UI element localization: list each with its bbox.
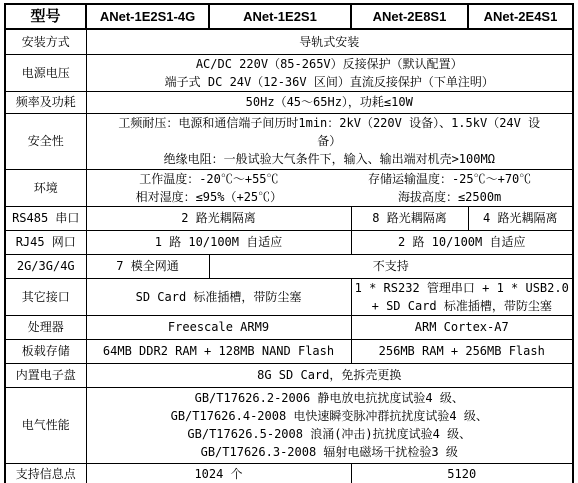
cell-freq-power: 50Hz（45～65Hz），功耗≤10W — [86, 91, 573, 113]
cell-rj45-b: 2 路 10/100M 自适应 — [351, 230, 573, 254]
cell-line: 2 路 10/100M 自适应 — [354, 233, 571, 251]
cell-line: 5120 — [354, 465, 571, 483]
cell-rs485-b: 8 路光耦隔离 — [351, 206, 468, 230]
cell-line: 工频耐压：电源和通信端子间历时1min：2kV（220V 设备）、1.5kV（2… — [89, 114, 571, 132]
cell-line: 1 * RS232 管理串口 + 1 * USB2.0 — [354, 279, 571, 297]
cell-line: GB/T17626.4-2008 电快速瞬变脉冲群抗扰度试验4 级、 — [89, 407, 571, 425]
row-label-processor: 处理器 — [5, 315, 86, 339]
table-row: RS485 串口 2 路光耦隔离 8 路光耦隔离 4 路光耦隔离 — [5, 206, 573, 230]
cell-line: 工作温度：-20℃～+55℃ 存储运输温度：-25℃～+70℃ — [89, 170, 571, 188]
cell-storage-b: 256MB RAM + 256MB Flash — [351, 339, 573, 363]
row-label-freq-power: 频率及功耗 — [5, 91, 86, 113]
table-row: 电气性能 GB/T17626.2-2006 静电放电抗扰度试验4 级、 GB/T… — [5, 387, 573, 463]
row-label-electrical: 电气性能 — [5, 387, 86, 463]
cell-rj45-a: 1 路 10/100M 自适应 — [86, 230, 351, 254]
table-row: 支持信息点 1024 个 5120 — [5, 463, 573, 483]
table-row: 安全性 工频耐压：电源和通信端子间历时1min：2kV（220V 设备）、1.5… — [5, 113, 573, 169]
cell-line: GB/T17626.2-2006 静电放电抗扰度试验4 级、 — [89, 389, 571, 407]
cell-info-points-a: 1024 个 — [86, 463, 351, 483]
row-label-storage: 板载存储 — [5, 339, 86, 363]
cell-processor-a: Freescale ARM9 — [86, 315, 351, 339]
row-label-environment: 环境 — [5, 169, 86, 206]
env-altitude: 海拔高度：≤2500m — [329, 188, 570, 206]
cell-line: 端子式 DC 24V（12-36V 区间）直流反接保护（下单注明） — [89, 73, 571, 91]
row-label-internal-disk: 内置电子盘 — [5, 363, 86, 387]
cell-electrical: GB/T17626.2-2006 静电放电抗扰度试验4 级、 GB/T17626… — [86, 387, 573, 463]
table-row: RJ45 网口 1 路 10/100M 自适应 2 路 10/100M 自适应 — [5, 230, 573, 254]
table-row: 环境 工作温度：-20℃～+55℃ 存储运输温度：-25℃～+70℃ 相对湿度：… — [5, 169, 573, 206]
cell-line: 绝缘电阻：一般试验大气条件下，输入、输出端对机壳>100MΩ — [89, 150, 571, 168]
cell-internal-disk: 8G SD Card，免拆壳更换 — [86, 363, 573, 387]
cell-line: 备） — [89, 132, 571, 150]
table-row: 安装方式 导轨式安装 — [5, 29, 573, 54]
cell-line: AC/DC 220V（85-265V）反接保护（默认配置） — [89, 55, 571, 73]
cell-line: 相对湿度：≤95%（+25℃） 海拔高度：≤2500m — [89, 188, 571, 206]
cell-line: 8 路光耦隔离 — [354, 209, 466, 227]
cell-info-points-b: 5120 — [351, 463, 573, 483]
cell-power-voltage: AC/DC 220V（85-265V）反接保护（默认配置） 端子式 DC 24V… — [86, 54, 573, 91]
cell-other-ports-a: SD Card 标准插槽，带防尘塞 — [86, 278, 351, 315]
row-label-safety: 安全性 — [5, 113, 86, 169]
column-header-model-3: ANet-2E8S1 — [351, 4, 468, 29]
cell-line: Freescale ARM9 — [89, 318, 349, 336]
cell-rs485-a: 2 路光耦隔离 — [86, 206, 351, 230]
cell-storage-a: 64MB DDR2 RAM + 128MB NAND Flash — [86, 339, 351, 363]
spec-table: 型号 ANet-1E2S1-4G ANet-1E2S1 ANet-2E8S1 A… — [4, 3, 574, 483]
cell-other-ports-b: 1 * RS232 管理串口 + 1 * USB2.0 + SD Card 标准… — [351, 278, 573, 315]
cell-line: 4 路光耦隔离 — [471, 209, 571, 227]
cell-line: 256MB RAM + 256MB Flash — [354, 342, 571, 360]
cell-line: 1024 个 — [89, 465, 349, 483]
table-row: 其它接口 SD Card 标准插槽，带防尘塞 1 * RS232 管理串口 + … — [5, 278, 573, 315]
cell-line: SD Card 标准插槽，带防尘塞 — [89, 288, 349, 306]
cell-line: + SD Card 标准插槽，带防尘塞 — [354, 297, 571, 315]
column-header-model-4: ANet-2E4S1 — [468, 4, 573, 29]
table-row: 内置电子盘 8G SD Card，免拆壳更换 — [5, 363, 573, 387]
cell-cellular-a: 7 模全网通 — [86, 254, 209, 278]
row-label-other-ports: 其它接口 — [5, 278, 86, 315]
cell-line: ARM Cortex-A7 — [354, 318, 571, 336]
column-header-model-2: ANet-1E2S1 — [209, 4, 351, 29]
table-row: 处理器 Freescale ARM9 ARM Cortex-A7 — [5, 315, 573, 339]
cell-rs485-c: 4 路光耦隔离 — [468, 206, 573, 230]
row-label-rs485: RS485 串口 — [5, 206, 86, 230]
header-row: 型号 ANet-1E2S1-4G ANet-1E2S1 ANet-2E8S1 A… — [5, 4, 573, 29]
env-operating-temp: 工作温度：-20℃～+55℃ — [89, 170, 330, 188]
table-row: 频率及功耗 50Hz（45～65Hz），功耗≤10W — [5, 91, 573, 113]
cell-environment: 工作温度：-20℃～+55℃ 存储运输温度：-25℃～+70℃ 相对湿度：≤95… — [86, 169, 573, 206]
env-storage-temp: 存储运输温度：-25℃～+70℃ — [329, 170, 570, 188]
cell-line: 1 路 10/100M 自适应 — [89, 233, 349, 251]
header-model-label: 型号 — [5, 4, 86, 29]
cell-line: 50Hz（45～65Hz），功耗≤10W — [89, 93, 571, 111]
table-row: 板载存储 64MB DDR2 RAM + 128MB NAND Flash 25… — [5, 339, 573, 363]
env-humidity: 相对湿度：≤95%（+25℃） — [89, 188, 330, 206]
cell-safety: 工频耐压：电源和通信端子间历时1min：2kV（220V 设备）、1.5kV（2… — [86, 113, 573, 169]
row-label-install: 安装方式 — [5, 29, 86, 54]
cell-processor-b: ARM Cortex-A7 — [351, 315, 573, 339]
page: 型号 ANet-1E2S1-4G ANet-1E2S1 ANet-2E8S1 A… — [0, 0, 578, 483]
cell-line: 不支持 — [212, 257, 571, 275]
table-row: 2G/3G/4G 7 模全网通 不支持 — [5, 254, 573, 278]
cell-line: 64MB DDR2 RAM + 128MB NAND Flash — [89, 342, 349, 360]
column-header-model-1: ANet-1E2S1-4G — [86, 4, 209, 29]
cell-line: 2 路光耦隔离 — [89, 209, 349, 227]
cell-line: 导轨式安装 — [89, 33, 571, 51]
row-label-rj45: RJ45 网口 — [5, 230, 86, 254]
table-row: 电源电压 AC/DC 220V（85-265V）反接保护（默认配置） 端子式 D… — [5, 54, 573, 91]
row-label-cellular: 2G/3G/4G — [5, 254, 86, 278]
cell-cellular-b: 不支持 — [209, 254, 573, 278]
cell-line: 8G SD Card，免拆壳更换 — [89, 366, 571, 384]
row-label-power-voltage: 电源电压 — [5, 54, 86, 91]
row-label-info-points: 支持信息点 — [5, 463, 86, 483]
cell-line: 7 模全网通 — [89, 257, 207, 275]
cell-install: 导轨式安装 — [86, 29, 573, 54]
cell-line: GB/T17626.3-2008 辐射电磁场干扰检验3 级 — [89, 443, 571, 461]
cell-line: GB/T17626.5-2008 浪涌(冲击)抗扰度试验4 级、 — [89, 425, 571, 443]
